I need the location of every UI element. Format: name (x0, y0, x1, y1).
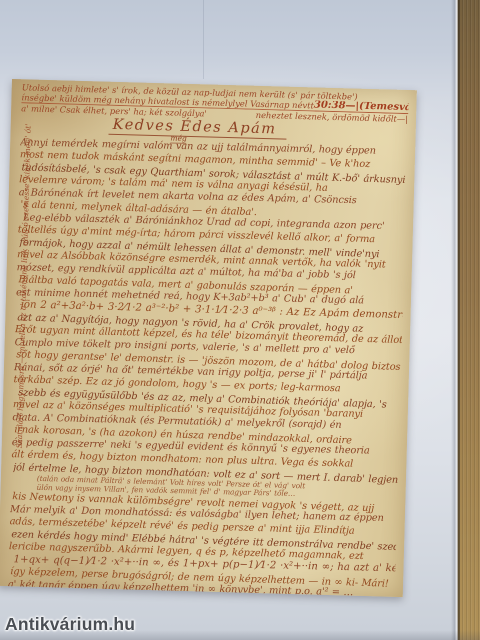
wooden-table-edge (458, 0, 480, 640)
salutation: Kedves Édes Apám (108, 116, 286, 139)
page-edge-shadow (451, 0, 458, 640)
manuscript-body: Annyi temérdek megírni valóm van az ujj … (8, 137, 408, 597)
manuscript-paper: Utolsó aebji himlete' s' írok, de közül … (0, 79, 417, 597)
antikvarium-watermark: Antikvárium.hu (5, 614, 135, 635)
page-crease (203, 0, 204, 79)
book-page-photo: Utolsó aebji himlete' s' írok, de közül … (0, 0, 480, 640)
